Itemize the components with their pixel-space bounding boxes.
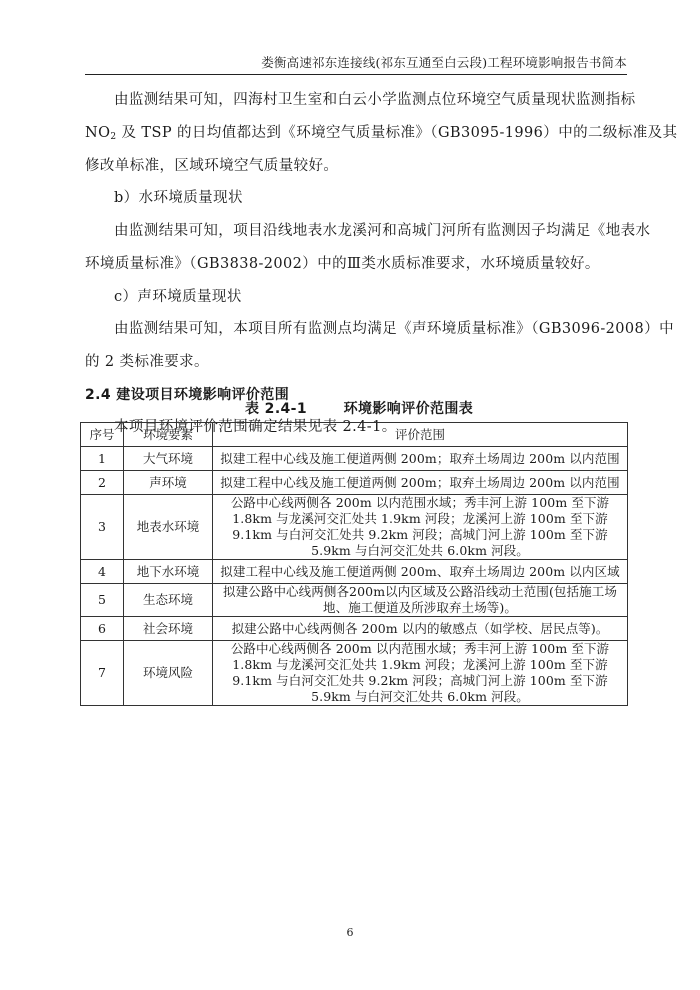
table-caption-number: 表 2.4-1 [245,398,307,418]
row-element: 社会环境 [124,617,213,641]
row-scope: 拟建工程中心线及施工便道两侧 200m；取弃土场周边 200m 以内范围 [213,471,628,495]
water-quality-heading: b）水环境质量现状 [114,186,243,207]
row-element: 地下水环境 [124,560,213,584]
air-conclusion-line3: 修改单标准，区域环境空气质量较好。 [85,154,338,175]
header-no: 序号 [81,423,124,447]
table-row: 6 社会环境 拟建公路中心线两侧各 200m 以内的敏感点（如学校、居民点等)。 [81,617,628,641]
table-caption-row: 表 2.4-1 环境影响评价范围表 [245,398,473,418]
table-row: 1 大气环境 拟建工程中心线及施工便道两侧 200m；取弃土场周边 200m 以… [81,447,628,471]
header-element: 环境要素 [124,423,213,447]
row-element: 生态环境 [124,584,213,617]
row-scope: 公路中心线两侧各 200m 以内范围水域；秀丰河上游 100m 至下游 1.8k… [213,495,628,560]
noise-conclusion-line2: 的 2 类标准要求。 [85,350,209,371]
water-conclusion-line1: 由监测结果可知，项目沿线地表水龙溪河和高城门河所有监测因子均满足《地表水 [114,219,650,240]
row-no: 1 [81,447,124,471]
section-number: 2.4 [85,387,111,403]
row-element: 地表水环境 [124,495,213,560]
row-scope: 拟建公路中心线两侧各 200m 以内的敏感点（如学校、居民点等)。 [213,617,628,641]
no2-label: NO [85,125,110,141]
water-conclusion-line2: 环境质量标准》（GB3838-2002）中的Ⅲ类水质标准要求，水环境质量较好。 [85,252,600,273]
table-caption-title: 环境影响评价范围表 [344,398,474,418]
row-element: 大气环境 [124,447,213,471]
page-number: 6 [0,926,700,939]
row-no: 5 [81,584,124,617]
running-header-title: 娄衡高速祁东连接线(祁东互通至白云段)工程环境影响报告书简本 [261,55,627,70]
table-row: 7 环境风险 公路中心线两侧各 200m 以内范围水域；秀丰河上游 100m 至… [81,641,628,706]
noise-quality-heading: c）声环境质量现状 [114,285,242,306]
table-row: 4 地下水环境 拟建工程中心线及施工便道两侧 200m、取弃土场周边 200m … [81,560,628,584]
table-row: 2 声环境 拟建工程中心线及施工便道两侧 200m；取弃土场周边 200m 以内… [81,471,628,495]
header-scope: 评价范围 [213,423,628,447]
air-conclusion-line1: 由监测结果可知，四海村卫生室和白云小学监测点位环境空气质量现状监测指标 [114,88,636,109]
table-header-row: 序号 环境要素 评价范围 [81,423,628,447]
noise-conclusion-line1: 由监测结果可知，本项目所有监测点均满足《声环境质量标准》（GB3096-2008… [114,317,674,338]
row-no: 7 [81,641,124,706]
row-element: 环境风险 [124,641,213,706]
row-scope: 公路中心线两侧各 200m 以内范围水域；秀丰河上游 100m 至下游 1.8k… [213,641,628,706]
row-scope: 拟建公路中心线两侧各200m以内区域及公路沿线动土范围(包括施工场地、施工便道及… [213,584,628,617]
row-no: 3 [81,495,124,560]
table-row: 3 地表水环境 公路中心线两侧各 200m 以内范围水域；秀丰河上游 100m … [81,495,628,560]
row-scope: 拟建工程中心线及施工便道两侧 200m；取弃土场周边 200m 以内范围 [213,447,628,471]
row-no: 4 [81,560,124,584]
air-conclusion-line2: NO2 及 TSP 的日均值都达到《环境空气质量标准》（GB3095-1996）… [85,121,677,142]
row-no: 2 [81,471,124,495]
table-row: 5 生态环境 拟建公路中心线两侧各200m以内区域及公路沿线动土范围(包括施工场… [81,584,628,617]
running-header: 娄衡高速祁东连接线(祁东互通至白云段)工程环境影响报告书简本 [85,52,627,75]
row-element: 声环境 [124,471,213,495]
row-no: 6 [81,617,124,641]
row-scope: 拟建工程中心线及施工便道两侧 200m、取弃土场周边 200m 以内区域 [213,560,628,584]
evaluation-scope-table: 序号 环境要素 评价范围 1 大气环境 拟建工程中心线及施工便道两侧 200m；… [80,422,628,706]
air-conclusion-line2-rest: 及 TSP 的日均值都达到《环境空气质量标准》（GB3095-1996）中的二级… [117,125,678,141]
